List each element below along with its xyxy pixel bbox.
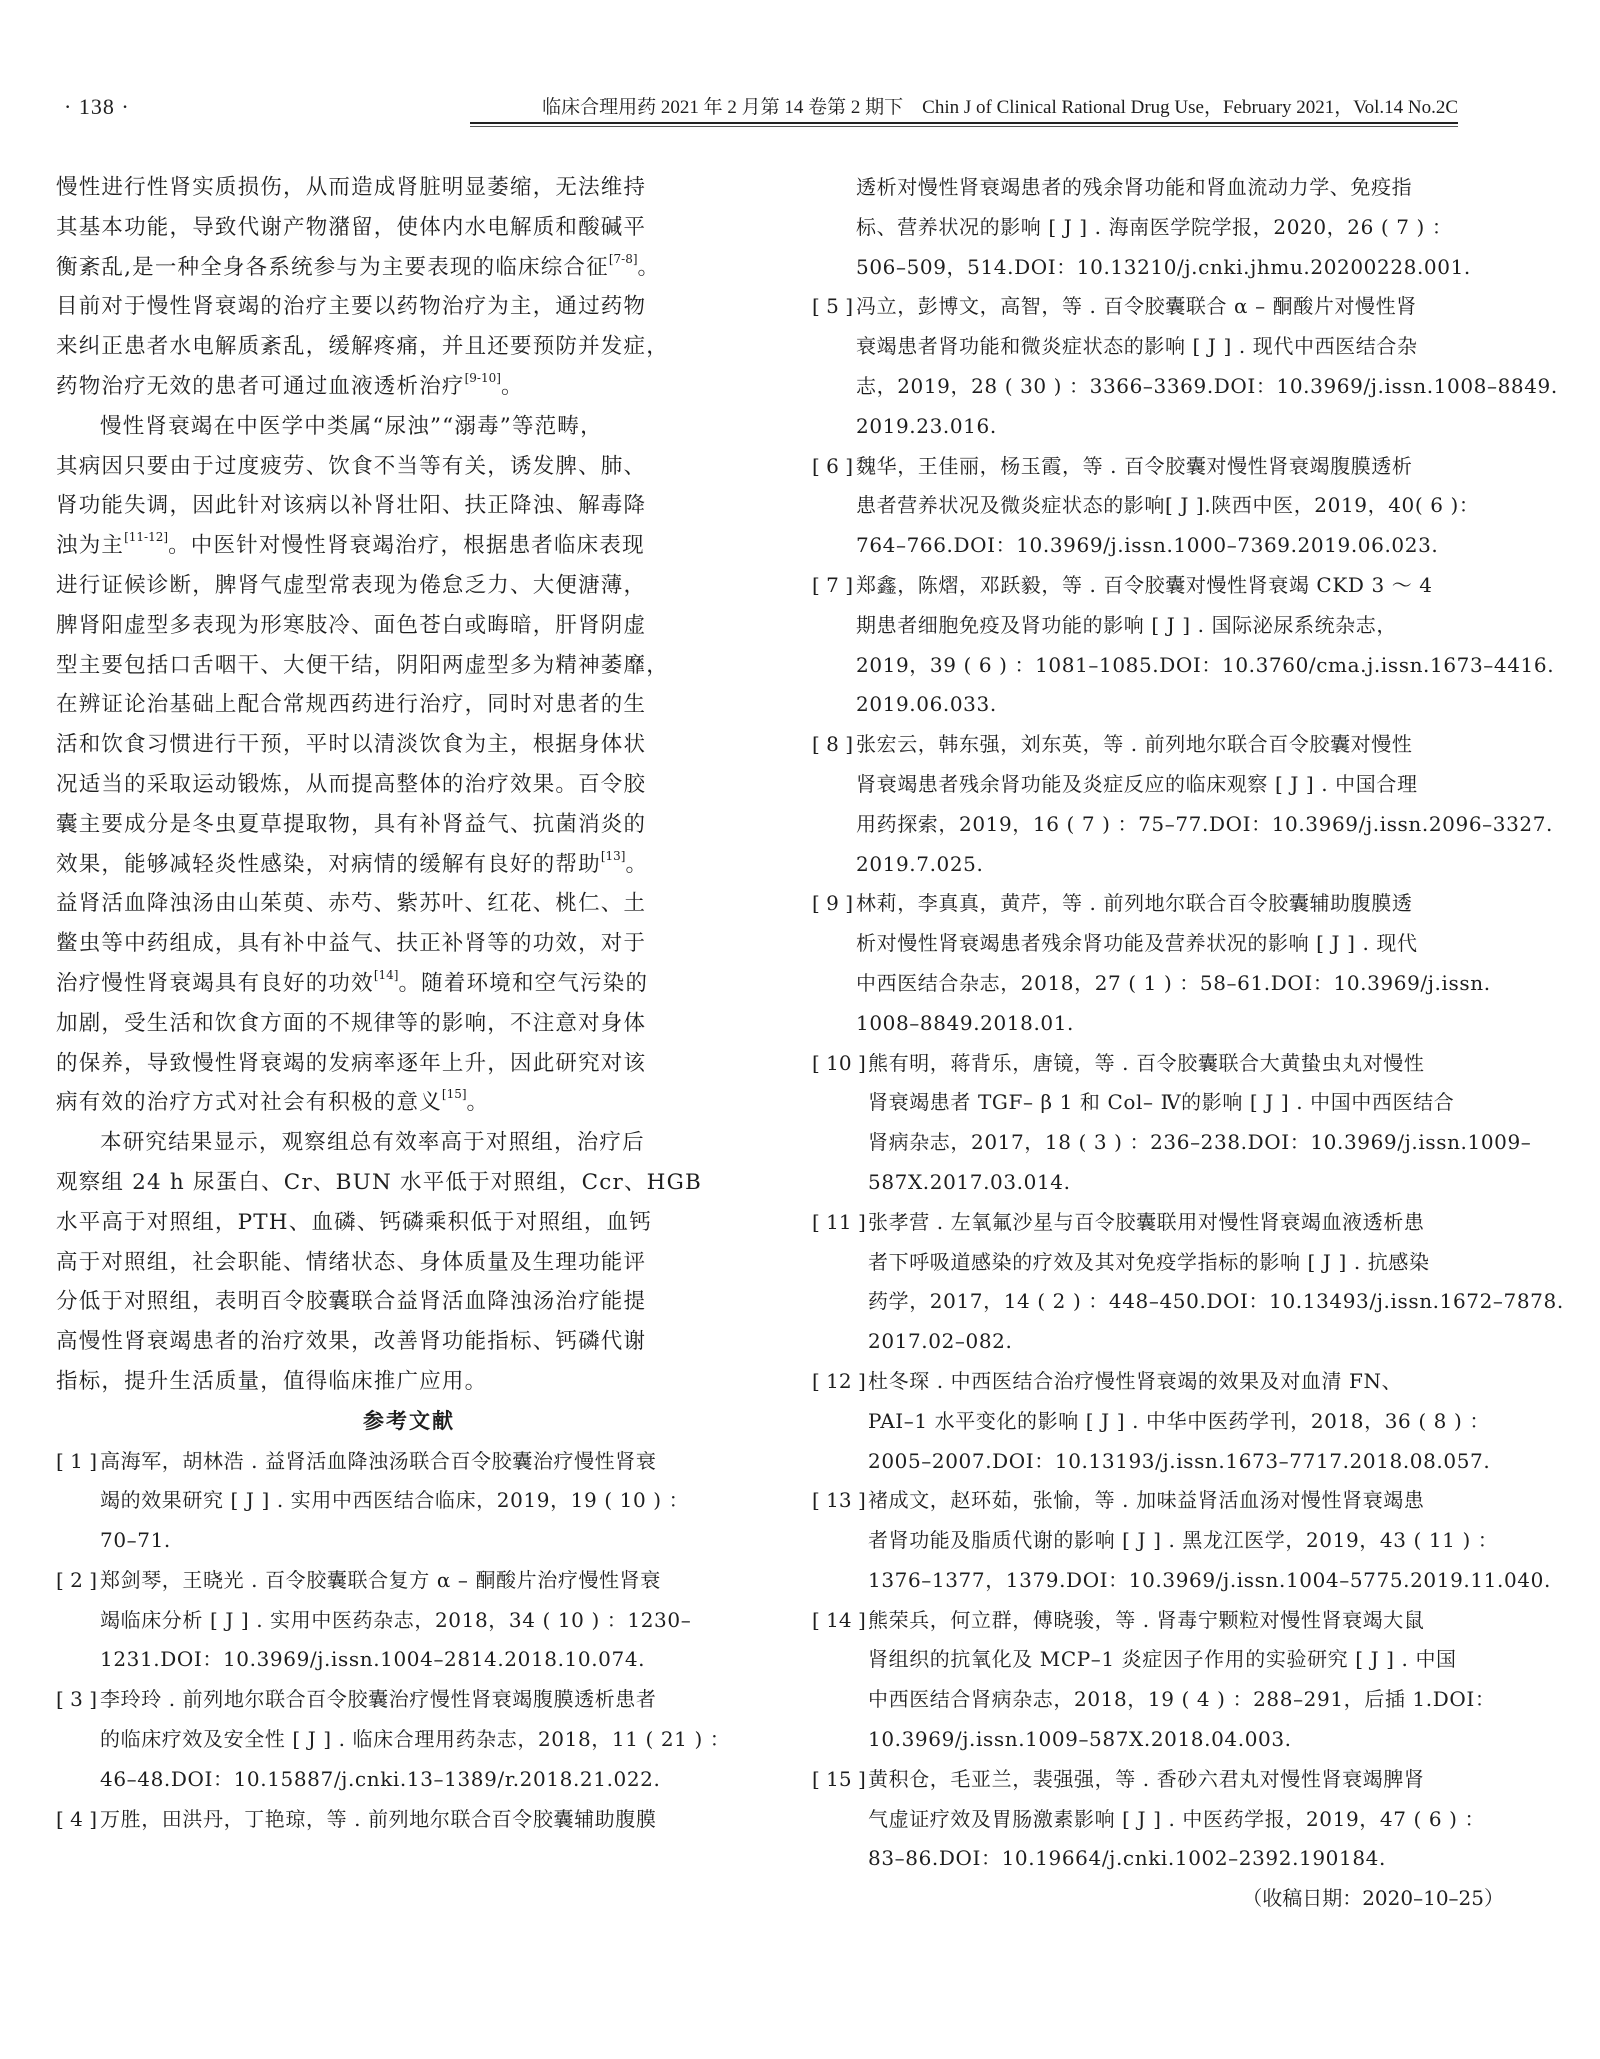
reference-line: 透析对慢性肾衰竭患者的残余肾功能和肾血流动力学、免疫指 (812, 168, 1518, 208)
reference-line: 魏华，王佳丽，杨玉霞，等 . 百令胶囊对慢性肾衰竭腹膜透析 (812, 447, 1518, 487)
reference-line: 竭临床分析 [ J ] . 实用中医药杂志，2018，34 ( 10 ) ：12… (56, 1601, 762, 1641)
line-text: 益肾活血降浊汤由山茱萸、赤芍、紫苏叶、红花、桃仁、土 (56, 891, 646, 916)
reference-number: [ 4 ] (56, 1800, 97, 1840)
text-line: 来纠正患者水电解质紊乱，缓解疼痛，并且还要预防并发症， (56, 327, 762, 367)
citation-superscript: [7-8] (609, 252, 638, 266)
line-text: 慢性肾衰竭在中医学中类属“尿浊”“溺毒”等范畴， (100, 414, 603, 439)
line-text: 慢性进行性肾实质损伤，从而造成肾脏明显萎缩，无法维持 (56, 175, 646, 200)
reference-line: 气虚证疗效及胃肠激素影响 [ J ] . 中医药学报，2019，47 ( 6 )… (812, 1800, 1518, 1840)
line-text: 水平高于对照组，PTH、血磷、钙磷乘积低于对照组，血钙 (56, 1210, 652, 1235)
reference-entry: [ 11 ]张孝营 . 左氧氟沙星与百令胶囊联用对慢性肾衰竭血液透析患者下呼吸道… (812, 1203, 1518, 1362)
header-rule-thin (470, 126, 1458, 127)
reference-line: 肾组织的抗氧化及 MCP–1 炎症因子作用的实验研究 [ J ] . 中国 (812, 1640, 1518, 1680)
reference-number: [ 10 ] (812, 1044, 866, 1084)
reference-line: 志，2019，28 ( 30 ) ：3366–3369.DOI：10.3969/… (812, 367, 1518, 407)
reference-entry: [ 14 ]熊荣兵，何立群，傅晓骏，等 . 肾毒宁颗粒对慢性肾衰竭大鼠肾组织的抗… (812, 1601, 1518, 1760)
reference-line: 1231.DOI：10.3969/j.issn.1004–2814.2018.1… (56, 1640, 762, 1680)
reference-line: 张孝营 . 左氧氟沙星与百令胶囊联用对慢性肾衰竭血液透析患 (812, 1203, 1518, 1243)
references-title: 参考文献 (56, 1402, 762, 1442)
text-line: 衡紊乱,是一种全身各系统参与为主要表现的临床综合征[7-8]。 (56, 248, 762, 288)
line-text: 其病因只要由于过度疲劳、饮食不当等有关，诱发脾、肺、 (56, 454, 646, 479)
text-line: 浊为主[11-12]。中医针对慢性肾衰竭治疗，根据患者临床表现 (56, 526, 762, 566)
line-text: 药物治疗无效的患者可通过血液透析治疗 (56, 374, 465, 399)
text-line: 水平高于对照组，PTH、血磷、钙磷乘积低于对照组，血钙 (56, 1203, 762, 1243)
reference-line: 用药探索，2019，16 ( 7 ) ：75–77.DOI：10.3969/j.… (812, 805, 1518, 845)
reference-number: [ 3 ] (56, 1680, 97, 1720)
article-body: 慢性进行性肾实质损伤，从而造成肾脏明显萎缩，无法维持其基本功能，导致代谢产物潴留… (56, 168, 762, 1402)
reference-line: 2019，39 ( 6 ) ：1081–1085.DOI：10.3760/cma… (812, 646, 1518, 686)
reference-line: 郑鑫，陈熠，邓跃毅，等 . 百令胶囊对慢性肾衰竭 CKD 3 ～ 4 (812, 566, 1518, 606)
text-line: 指标，提升生活质量，值得临床推广应用。 (56, 1362, 762, 1402)
reference-line: 肾病杂志，2017，18 ( 3 ) ：236–238.DOI：10.3969/… (812, 1123, 1518, 1163)
line-text: 脾肾阳虚型多表现为形寒肢冷、面色苍白或晦暗，肝肾阴虚 (56, 613, 646, 638)
reference-line: 析对慢性肾衰竭患者残余肾功能及营养状况的影响 [ J ] . 现代 (812, 924, 1518, 964)
line-text: 鳖虫等中药组成，具有补中益气、扶正补肾等的功效，对于 (56, 931, 646, 956)
text-line: 况适当的采取运动锻炼，从而提高整体的治疗效果。百令胶 (56, 765, 762, 805)
text-line: 型主要包括口舌咽干、大便干结，阴阳两虚型多为精神萎靡， (56, 646, 762, 686)
paragraph: 慢性进行性肾实质损伤，从而造成肾脏明显萎缩，无法维持其基本功能，导致代谢产物潴留… (56, 168, 762, 407)
line-text: 治疗慢性肾衰竭具有良好的功效 (56, 971, 374, 996)
reference-number: [ 8 ] (812, 725, 853, 765)
text-line: 加剧，受生活和饮食方面的不规律等的影响，不注意对身体 (56, 1004, 762, 1044)
text-line: 其基本功能，导致代谢产物潴留，使体内水电解质和酸碱平 (56, 208, 762, 248)
reference-line: 2019.23.016. (812, 407, 1518, 447)
text-line: 在辨证论治基础上配合常规西药进行治疗，同时对患者的生 (56, 685, 762, 725)
line-text: 活和饮食习惯进行干预，平时以清淡饮食为主，根据身体状 (56, 732, 646, 757)
reference-number: [ 15 ] (812, 1760, 866, 1800)
line-text: 分低于对照组，表明百令胶囊联合益肾活血降浊汤治疗能提 (56, 1289, 646, 1314)
line-text-after: 。中医针对慢性肾衰竭治疗，根据患者临床表现 (168, 533, 645, 558)
reference-number: [ 14 ] (812, 1601, 866, 1641)
reference-line: 标、营养状况的影响 [ J ] . 海南医学院学报，2020，26 ( 7 ) … (812, 208, 1518, 248)
reference-line: 李玲玲 . 前列地尔联合百令胶囊治疗慢性肾衰竭腹膜透析患者 (56, 1680, 762, 1720)
line-text-after: 。 (638, 255, 661, 280)
reference-number: [ 5 ] (812, 287, 853, 327)
text-line: 鳖虫等中药组成，具有补中益气、扶正补肾等的功效，对于 (56, 924, 762, 964)
line-text: 观察组 24 h 尿蛋白、Cr、BUN 水平低于对照组，Ccr、HGB (56, 1170, 702, 1195)
reference-number: [ 2 ] (56, 1561, 97, 1601)
reference-line: 10.3969/j.issn.1009–587X.2018.04.003. (812, 1720, 1518, 1760)
reference-entry: [ 2 ]郑剑琴，王晓光 . 百令胶囊联合复方 α – 酮酸片治疗慢性肾衰竭临床… (56, 1561, 762, 1680)
line-text: 型主要包括口舌咽干、大便干结，阴阳两虚型多为精神萎靡， (56, 653, 669, 678)
citation-superscript: [15] (442, 1087, 467, 1101)
reference-line: 期患者细胞免疫及肾功能的影响 [ J ] . 国际泌尿系统杂志， (812, 606, 1518, 646)
line-text: 在辨证论治基础上配合常规西药进行治疗，同时对患者的生 (56, 692, 646, 717)
page-number: · 138 · (64, 94, 130, 120)
reference-entry: [ 13 ]褚成文，赵环茹，张愉，等 . 加味益肾活血汤对慢性肾衰竭患者肾功能及… (812, 1481, 1518, 1600)
citation-superscript: [9-10] (465, 371, 501, 385)
text-line: 益肾活血降浊汤由山茱萸、赤芍、紫苏叶、红花、桃仁、土 (56, 884, 762, 924)
reference-line: 2017.02–082. (812, 1322, 1518, 1362)
left-column: 慢性进行性肾实质损伤，从而造成肾脏明显萎缩，无法维持其基本功能，导致代谢产物潴留… (56, 168, 762, 1839)
reference-line: 竭的效果研究 [ J ] . 实用中西医结合临床，2019，19 ( 10 ) … (56, 1481, 762, 1521)
reference-entry: [ 4 ]万胜，田洪丹，丁艳琼，等 . 前列地尔联合百令胶囊辅助腹膜 (56, 1800, 762, 1840)
text-line: 病有效的治疗方式对社会有积极的意义[15]。 (56, 1083, 762, 1123)
line-text: 指标，提升生活质量，值得临床推广应用。 (56, 1369, 487, 1394)
reference-entry: 透析对慢性肾衰竭患者的残余肾功能和肾血流动力学、免疫指标、营养状况的影响 [ J… (812, 168, 1518, 287)
line-text: 肾功能失调，因此针对该病以补肾壮阳、扶正降浊、解毒降 (56, 493, 646, 518)
reference-line: 张宏云，韩东强，刘东英，等 . 前列地尔联合百令胶囊对慢性 (812, 725, 1518, 765)
reference-line: 患者营养状况及微炎症状态的影响[ J ].陕西中医，2019，40( 6 )： (812, 486, 1518, 526)
reference-entry: [ 1 ]高海军，胡林浩 . 益肾活血降浊汤联合百令胶囊治疗慢性肾衰竭的效果研究… (56, 1442, 762, 1561)
line-text: 效果，能够减轻炎性感染，对病情的缓解有良好的帮助 (56, 852, 601, 877)
reference-line: 2019.7.025. (812, 845, 1518, 885)
reference-number: [ 6 ] (812, 447, 853, 487)
line-text: 来纠正患者水电解质紊乱，缓解疼痛，并且还要预防并发症， (56, 334, 669, 359)
reference-number: [ 12 ] (812, 1362, 866, 1402)
line-text: 进行证候诊断，脾肾气虚型常表现为倦怠乏力、大便溏薄， (56, 573, 646, 598)
text-line: 分低于对照组，表明百令胶囊联合益肾活血降浊汤治疗能提 (56, 1282, 762, 1322)
reference-line: 药学，2017，14 ( 2 ) ：448–450.DOI：10.13493/j… (812, 1282, 1518, 1322)
line-text: 衡紊乱,是一种全身各系统参与为主要表现的临床综合征 (56, 255, 609, 280)
reference-line: 764–766.DOI：10.3969/j.issn.1000–7369.201… (812, 526, 1518, 566)
line-text: 目前对于慢性肾衰竭的治疗主要以药物治疗为主，通过药物 (56, 294, 646, 319)
reference-line: 冯立，彭博文，高智，等 . 百令胶囊联合 α – 酮酸片对慢性肾 (812, 287, 1518, 327)
citation-superscript: [14] (374, 968, 399, 982)
line-text: 囊主要成分是冬虫夏草提取物，具有补肾益气、抗菌消炎的 (56, 812, 646, 837)
page-header: · 138 · 临床合理用药 2021 年 2 月第 14 卷第 2 期下 Ch… (0, 0, 1600, 160)
reference-number: [ 1 ] (56, 1442, 97, 1482)
reference-line: 肾衰竭患者 TGF– β 1 和 Col– Ⅳ的影响 [ J ] . 中国中西医… (812, 1083, 1518, 1123)
reference-line: 者下呼吸道感染的疗效及其对免疫学指标的影响 [ J ] . 抗感染 (812, 1243, 1518, 1283)
line-text: 加剧，受生活和饮食方面的不规律等的影响，不注意对身体 (56, 1011, 646, 1036)
text-line: 观察组 24 h 尿蛋白、Cr、BUN 水平低于对照组，Ccr、HGB (56, 1163, 762, 1203)
reference-line: 黄积仓，毛亚兰，裴强强，等 . 香砂六君丸对慢性肾衰竭脾肾 (812, 1760, 1518, 1800)
journal-running-title: 临床合理用药 2021 年 2 月第 14 卷第 2 期下 Chin J of … (470, 92, 1458, 119)
reference-line: 熊有明，蒋背乐，唐镜，等 . 百令胶囊联合大黄蛰虫丸对慢性 (812, 1044, 1518, 1084)
text-line: 高慢性肾衰竭患者的治疗效果，改善肾功能指标、钙磷代谢 (56, 1322, 762, 1362)
citation-superscript: [13] (601, 849, 626, 863)
citation-superscript: [11-12] (124, 530, 168, 544)
reference-entry: [ 15 ]黄积仓，毛亚兰，裴强强，等 . 香砂六君丸对慢性肾衰竭脾肾气虚证疗效… (812, 1760, 1518, 1879)
line-text: 高慢性肾衰竭患者的治疗效果，改善肾功能指标、钙磷代谢 (56, 1329, 646, 1354)
line-text: 况适当的采取运动锻炼，从而提高整体的治疗效果。百令胶 (56, 772, 646, 797)
reference-line: 2005–2007.DOI：10.13193/j.issn.1673–7717.… (812, 1442, 1518, 1482)
reference-line: 高海军，胡林浩 . 益肾活血降浊汤联合百令胶囊治疗慢性肾衰 (56, 1442, 762, 1482)
reference-line: 70–71. (56, 1521, 762, 1561)
line-text: 的保养，导致慢性肾衰竭的发病率逐年上升，因此研究对该 (56, 1051, 646, 1076)
reference-entry: [ 9 ]林莉，李真真，黄芹，等 . 前列地尔联合百令胶囊辅助腹膜透析对慢性肾衰… (812, 884, 1518, 1043)
paragraph: 慢性肾衰竭在中医学中类属“尿浊”“溺毒”等范畴，其病因只要由于过度疲劳、饮食不当… (56, 407, 762, 1123)
reference-number: [ 7 ] (812, 566, 853, 606)
reference-line: 2019.06.033. (812, 685, 1518, 725)
right-column: 透析对慢性肾衰竭患者的残余肾功能和肾血流动力学、免疫指标、营养状况的影响 [ J… (812, 168, 1518, 1919)
line-text-after: 。 (501, 374, 524, 399)
reference-number: [ 9 ] (812, 884, 853, 924)
reference-line: 杜冬琛 . 中西医结合治疗慢性肾衰竭的效果及对血清 FN、 (812, 1362, 1518, 1402)
reference-line: 者肾功能及脂质代谢的影响 [ J ] . 黑龙江医学，2019，43 ( 11 … (812, 1521, 1518, 1561)
reference-line: 587X.2017.03.014. (812, 1163, 1518, 1203)
text-line: 进行证候诊断，脾肾气虚型常表现为倦怠乏力、大便溏薄， (56, 566, 762, 606)
reference-line: 中西医结合肾病杂志，2018，19 ( 4 ) ：288–291，后插 1.DO… (812, 1680, 1518, 1720)
reference-number: [ 13 ] (812, 1481, 866, 1521)
text-line: 效果，能够减轻炎性感染，对病情的缓解有良好的帮助[13]。 (56, 845, 762, 885)
text-line: 慢性肾衰竭在中医学中类属“尿浊”“溺毒”等范畴， (56, 407, 762, 447)
line-text-after: 。随着环境和空气污染的 (398, 971, 648, 996)
reference-entry: [ 10 ]熊有明，蒋背乐，唐镜，等 . 百令胶囊联合大黄蛰虫丸对慢性肾衰竭患者… (812, 1044, 1518, 1203)
reference-line: 83–86.DOI：10.19664/j.cnki.1002–2392.1901… (812, 1839, 1518, 1879)
reference-line: 褚成文，赵环茹，张愉，等 . 加味益肾活血汤对慢性肾衰竭患 (812, 1481, 1518, 1521)
reference-entry: [ 12 ]杜冬琛 . 中西医结合治疗慢性肾衰竭的效果及对血清 FN、PAI–1… (812, 1362, 1518, 1481)
reference-line: 的临床疗效及安全性 [ J ] . 临床合理用药杂志，2018，11 ( 21 … (56, 1720, 762, 1760)
reference-line: 郑剑琴，王晓光 . 百令胶囊联合复方 α – 酮酸片治疗慢性肾衰 (56, 1561, 762, 1601)
header-rule (470, 122, 1458, 124)
reference-line: 万胜，田洪丹，丁艳琼，等 . 前列地尔联合百令胶囊辅助腹膜 (56, 1800, 762, 1840)
text-line: 治疗慢性肾衰竭具有良好的功效[14]。随着环境和空气污染的 (56, 964, 762, 1004)
text-line: 本研究结果显示，观察组总有效率高于对照组，治疗后 (56, 1123, 762, 1163)
line-text: 浊为主 (56, 533, 124, 558)
text-line: 的保养，导致慢性肾衰竭的发病率逐年上升，因此研究对该 (56, 1044, 762, 1084)
line-text: 其基本功能，导致代谢产物潴留，使体内水电解质和酸碱平 (56, 215, 646, 240)
reference-entry: [ 6 ]魏华，王佳丽，杨玉霞，等 . 百令胶囊对慢性肾衰竭腹膜透析患者营养状况… (812, 447, 1518, 566)
text-line: 其病因只要由于过度疲劳、饮食不当等有关，诱发脾、肺、 (56, 447, 762, 487)
reference-line: 中西医结合杂志，2018，27 ( 1 ) ：58–61.DOI：10.3969… (812, 964, 1518, 1004)
reference-line: 1376–1377，1379.DOI：10.3969/j.issn.1004–5… (812, 1561, 1518, 1601)
reference-line: 肾衰竭患者残余肾功能及炎症反应的临床观察 [ J ] . 中国合理 (812, 765, 1518, 805)
text-line: 慢性进行性肾实质损伤，从而造成肾脏明显萎缩，无法维持 (56, 168, 762, 208)
reference-number: [ 11 ] (812, 1203, 866, 1243)
reference-list-right: 透析对慢性肾衰竭患者的残余肾功能和肾血流动力学、免疫指标、营养状况的影响 [ J… (812, 168, 1518, 1879)
line-text: 病有效的治疗方式对社会有积极的意义 (56, 1090, 442, 1115)
paragraph: 本研究结果显示，观察组总有效率高于对照组，治疗后观察组 24 h 尿蛋白、Cr、… (56, 1123, 762, 1402)
reference-line: 46–48.DOI：10.15887/j.cnki.13–1389/r.2018… (56, 1760, 762, 1800)
text-line: 活和饮食习惯进行干预，平时以清淡饮食为主，根据身体状 (56, 725, 762, 765)
reference-line: 506–509，514.DOI：10.13210/j.cnki.jhmu.202… (812, 248, 1518, 288)
reference-line: 林莉，李真真，黄芹，等 . 前列地尔联合百令胶囊辅助腹膜透 (812, 884, 1518, 924)
reference-entry: [ 5 ]冯立，彭博文，高智，等 . 百令胶囊联合 α – 酮酸片对慢性肾衰竭患… (812, 287, 1518, 446)
received-date: （收稿日期：2020–10–25） (812, 1879, 1518, 1919)
line-text: 高于对照组，社会职能、情绪状态、身体质量及生理功能评 (56, 1250, 646, 1275)
text-line: 囊主要成分是冬虫夏草提取物，具有补肾益气、抗菌消炎的 (56, 805, 762, 845)
reference-line: PAI–1 水平变化的影响 [ J ] . 中华中医药学刊，2018，36 ( … (812, 1402, 1518, 1442)
text-line: 肾功能失调，因此针对该病以补肾壮阳、扶正降浊、解毒降 (56, 486, 762, 526)
line-text-after: 。 (467, 1090, 490, 1115)
text-line: 目前对于慢性肾衰竭的治疗主要以药物治疗为主，通过药物 (56, 287, 762, 327)
text-line: 药物治疗无效的患者可通过血液透析治疗[9-10]。 (56, 367, 762, 407)
reference-list-left: [ 1 ]高海军，胡林浩 . 益肾活血降浊汤联合百令胶囊治疗慢性肾衰竭的效果研究… (56, 1442, 762, 1840)
text-line: 脾肾阳虚型多表现为形寒肢冷、面色苍白或晦暗，肝肾阴虚 (56, 606, 762, 646)
line-text: 本研究结果显示，观察组总有效率高于对照组，治疗后 (100, 1130, 645, 1155)
reference-entry: [ 7 ]郑鑫，陈熠，邓跃毅，等 . 百令胶囊对慢性肾衰竭 CKD 3 ～ 4期… (812, 566, 1518, 725)
reference-line: 1008–8849.2018.01. (812, 1004, 1518, 1044)
line-text-after: 。 (625, 852, 648, 877)
reference-line: 熊荣兵，何立群，傅晓骏，等 . 肾毒宁颗粒对慢性肾衰竭大鼠 (812, 1601, 1518, 1641)
text-line: 高于对照组，社会职能、情绪状态、身体质量及生理功能评 (56, 1243, 762, 1283)
reference-entry: [ 3 ]李玲玲 . 前列地尔联合百令胶囊治疗慢性肾衰竭腹膜透析患者的临床疗效及… (56, 1680, 762, 1799)
reference-entry: [ 8 ]张宏云，韩东强，刘东英，等 . 前列地尔联合百令胶囊对慢性肾衰竭患者残… (812, 725, 1518, 884)
reference-line: 衰竭患者肾功能和微炎症状态的影响 [ J ] . 现代中西医结合杂 (812, 327, 1518, 367)
